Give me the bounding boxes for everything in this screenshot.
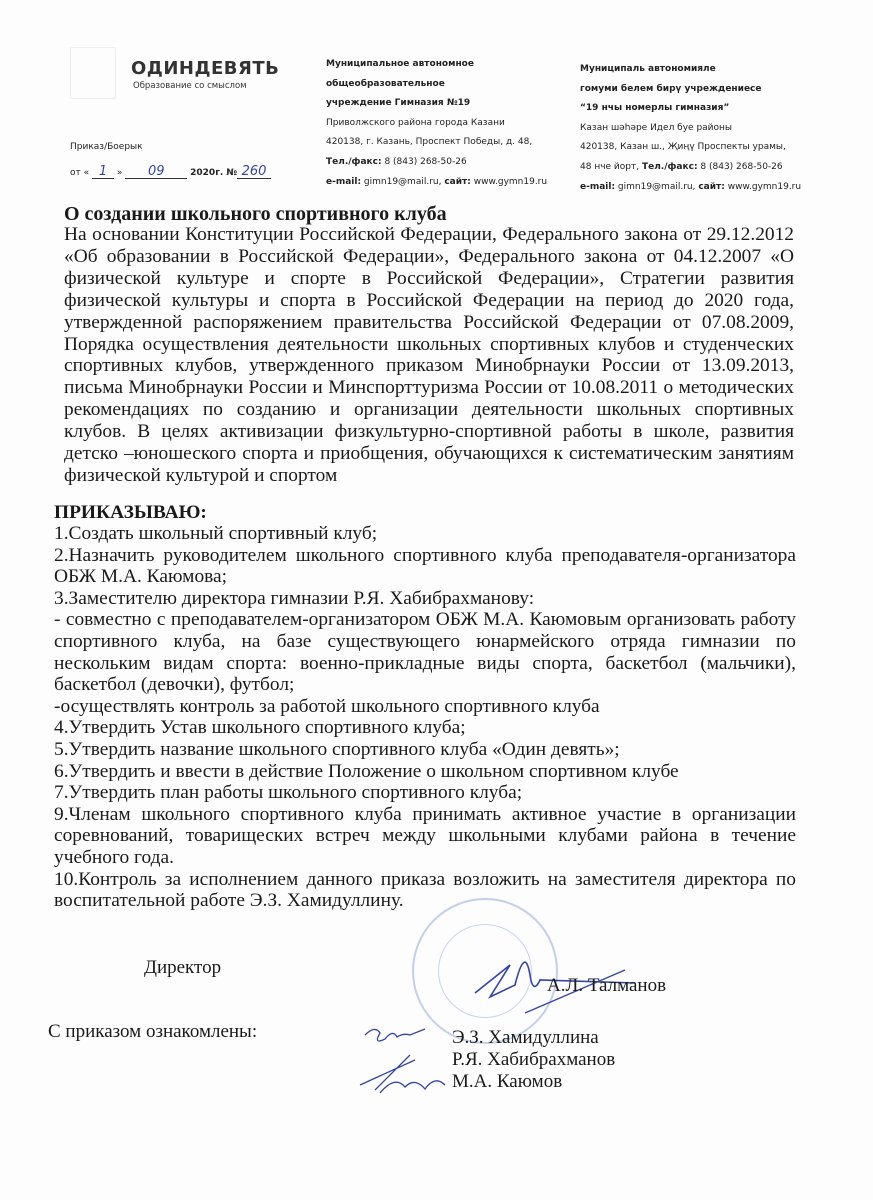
preamble-paragraph: На основании Конституции Российской Феде…	[64, 224, 794, 487]
order-item: -осуществлять контроль за работой школьн…	[54, 696, 796, 718]
order-item: 1.Создать школьный спортивный клуб;	[54, 523, 796, 545]
date-day: 1	[92, 166, 114, 179]
order-item: 9.Членам школьного спортивного клуба при…	[54, 804, 796, 869]
tatar-contact-line: e-mail: gimn19@mail.ru, сайт: www.gymn19…	[580, 178, 801, 198]
order-item: 2.Назначить руководителем школьного спор…	[54, 545, 796, 588]
org-line-4: Приволжского района города Казани	[326, 114, 547, 134]
tatar-phone-line: 48 нче йорт, Тел./факс: 8 (843) 268-50-2…	[580, 158, 801, 178]
acknowledged-name: Э.З. Хамидуллина	[452, 1027, 615, 1049]
order-item: 10.Контроль за исполнением данного прика…	[54, 869, 796, 912]
order-item: 7.Утвердить план работы школьного спорти…	[54, 782, 796, 804]
acknowledged-names: Э.З. Хамидуллина Р.Я. Хабибрахманов М.А.…	[452, 1027, 615, 1093]
org-site: www.gymn19.ru	[471, 177, 547, 187]
order-number: 260	[237, 166, 271, 179]
document-title: О создании школьного спортивного клуба	[64, 203, 447, 226]
document-page: ОДИНДЕВЯТЬ Образование со смыслом Приказ…	[0, 0, 873, 1200]
number-prefix: №	[226, 168, 237, 178]
order-label: Приказ/Боерык	[70, 142, 143, 152]
tatar-line-3: “19 нчы номерлы гимназия”	[580, 99, 801, 119]
org-line-1: Муниципальное автономное	[326, 55, 547, 75]
director-label: Директор	[144, 957, 221, 979]
tatar-line-2: гомуми белем бирү учреждениесе	[580, 80, 801, 100]
logo-title: ОДИНДЕВЯТЬ	[131, 58, 279, 79]
org-phone-line: Тел./факс: 8 (843) 268-50-26	[326, 153, 547, 173]
date-prefix: от «	[70, 168, 89, 178]
org-phone: 8 (843) 268-50-26	[382, 157, 467, 167]
tatar-line-1: Муниципаль автономияле	[580, 60, 801, 80]
tatar-line-4: Казан шәһәре Идел буе районы	[580, 119, 801, 139]
order-heading: ПРИКАЗЫВАЮ:	[54, 502, 207, 524]
tatar-phone: 8 (843) 268-50-26	[698, 162, 783, 172]
logo-subtitle: Образование со смыслом	[133, 81, 247, 91]
tatar-address-block: Муниципаль автономияле гомуми белем бирү…	[580, 60, 801, 197]
org-line-2: общеобразовательное	[326, 75, 547, 95]
org-line-3: учреждение Гимназия №19	[326, 94, 547, 114]
tatar-address: 420138, Казан ш., Җиңү Проспекты урамы,	[580, 138, 801, 158]
date-year: 2020г.	[190, 168, 223, 178]
date-month: 09	[125, 166, 187, 179]
org-email: gimn19@mail.ru,	[361, 177, 444, 187]
date-mid: »	[117, 168, 123, 178]
director-name: А.Л. Талманов	[547, 975, 666, 997]
org-address: 420138, г. Казань, Проспект Победы, д. 4…	[326, 133, 547, 153]
order-item: 4.Утвердить Устав школьного спортивного …	[54, 717, 796, 739]
acknowledgement-signatures-icon	[355, 1015, 455, 1105]
order-item: 5.Утвердить название школьного спортивно…	[54, 739, 796, 761]
order-item: - совместно с преподавателем-организатор…	[54, 609, 796, 695]
acknowledged-name: Р.Я. Хабибрахманов	[452, 1049, 615, 1071]
acknowledged-label: С приказом ознакомлены:	[48, 1021, 257, 1043]
order-item: 3.Заместителю директора гимназии Р.Я. Ха…	[54, 588, 796, 610]
order-date-line: от « 1 » 09 2020г. №260	[70, 166, 271, 179]
russian-address-block: Муниципальное автономное общеобразовател…	[326, 55, 547, 192]
tatar-site: www.gymn19.ru	[725, 182, 801, 192]
logo-placeholder	[70, 47, 116, 99]
tatar-email: gimn19@mail.ru,	[615, 182, 698, 192]
acknowledged-name: М.А. Каюмов	[452, 1071, 615, 1093]
order-item: 6.Утвердить и ввести в действие Положени…	[54, 761, 796, 783]
org-contact-line: e-mail: gimn19@mail.ru, сайт: www.gymn19…	[326, 173, 547, 193]
order-items: 1.Создать школьный спортивный клуб; 2.На…	[54, 523, 796, 912]
